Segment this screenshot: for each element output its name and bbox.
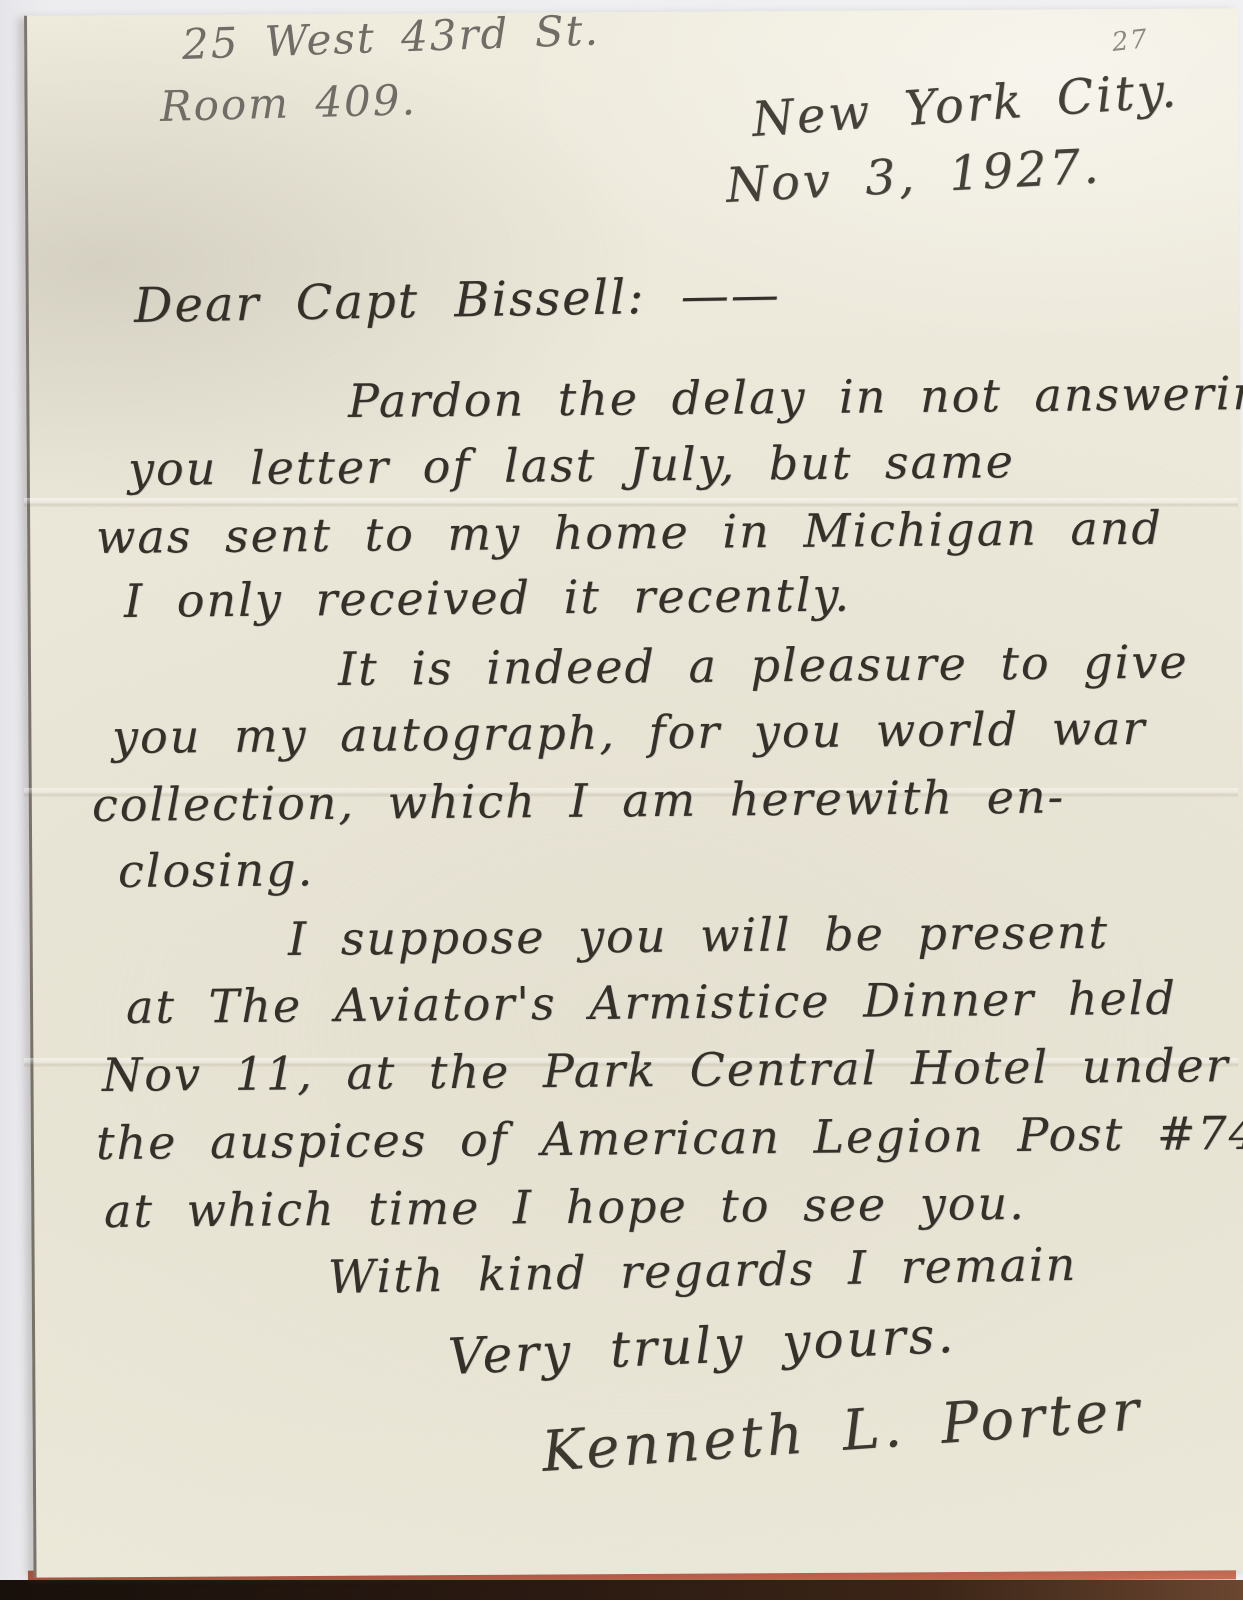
body-line: at which time I hope to see you. bbox=[104, 1176, 1026, 1238]
scanned-letter-page: 27 25 West 43rd St. Room 409. New York C… bbox=[0, 0, 1243, 1600]
dark-table-edge bbox=[0, 1580, 1243, 1600]
body-line: the auspices of American Legion Post #74… bbox=[96, 1106, 1243, 1170]
body-line: at The Aviator's Armistice Dinner held bbox=[126, 971, 1177, 1034]
body-line: It is indeed a pleasure to give bbox=[338, 635, 1189, 696]
body-line: collection, which I am herewith en- bbox=[92, 770, 1066, 832]
salutation: Dear Capt Bissell: —— bbox=[134, 267, 782, 334]
page-number-annotation: 27 bbox=[1110, 24, 1150, 58]
body-line: I suppose you will be present bbox=[288, 905, 1109, 966]
body-line: you letter of last July, but same bbox=[128, 434, 1015, 496]
body-line: Pardon the delay in not answering bbox=[348, 366, 1243, 428]
sender-address-line-2: Room 409. bbox=[159, 75, 417, 131]
body-line: closing. bbox=[118, 842, 315, 898]
body-line: I only received it recently. bbox=[124, 568, 851, 628]
body-line: Nov 11, at the Park Central Hotel under bbox=[102, 1038, 1230, 1102]
body-line: was sent to my home in Michigan and bbox=[96, 501, 1163, 564]
body-line: you my autograph, for you world war bbox=[112, 701, 1147, 764]
